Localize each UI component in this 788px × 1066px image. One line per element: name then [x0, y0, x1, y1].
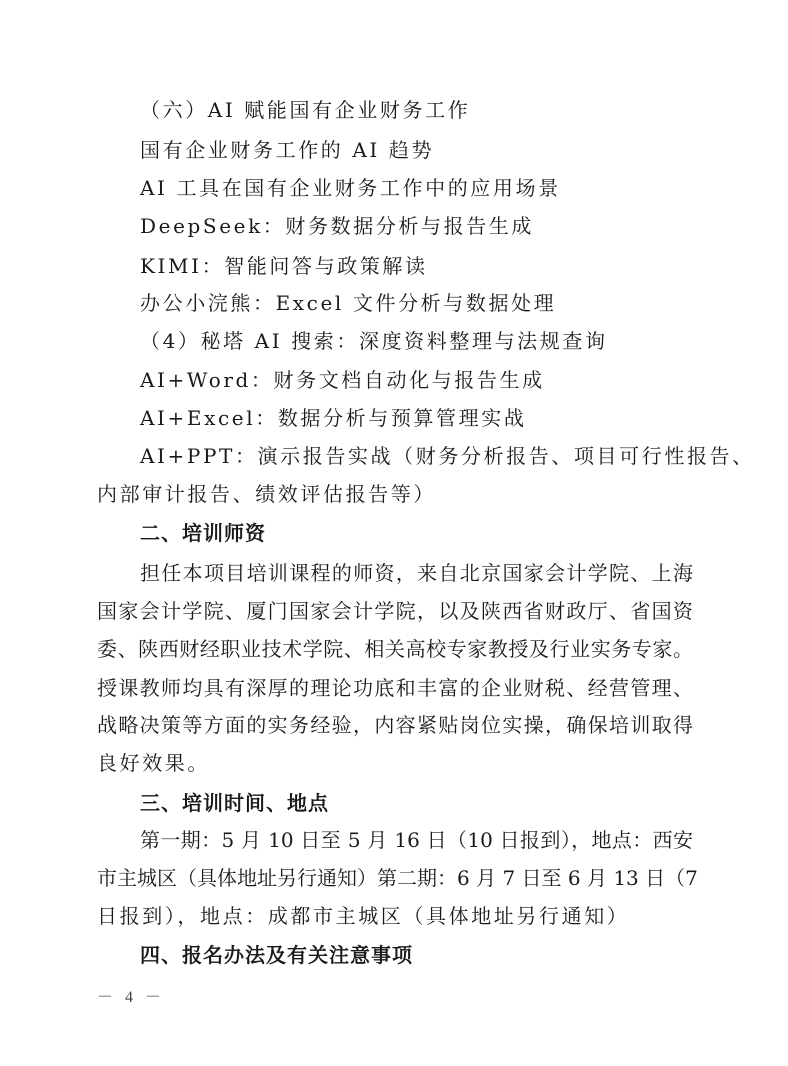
- paragraph-schedule-line-2: 市主城区（具体地址另行通知）第二期：6 月 7 日至 6 月 13 日（7: [97, 859, 693, 897]
- paragraph-instructors-line-2: 国家会计学院、厦门国家会计学院，以及陕西省财政厅、省国资: [97, 592, 693, 630]
- paragraph-instructors-line-4: 授课教师均具有深厚的理论功底和丰富的企业财税、经营管理、: [97, 669, 693, 707]
- list-item-raccoon: 办公小浣熊：Excel 文件分析与数据处理: [140, 284, 736, 322]
- heading-instructors: 二、培训师资: [140, 514, 736, 552]
- subheading-ai-finance: （六）AI 赋能国有企业财务工作: [140, 91, 736, 129]
- heading-time-location: 三、培训时间、地点: [140, 784, 736, 822]
- paragraph-schedule-line-3: 日报到），地点：成都市主城区（具体地址另行通知）: [97, 897, 693, 935]
- page-number: － 4 －: [97, 984, 165, 1007]
- paragraph-instructors-line-1: 担任本项目培训课程的师资，来自北京国家会计学院、上海: [140, 554, 693, 592]
- list-item-kimi: KIMI：智能问答与政策解读: [140, 247, 736, 285]
- paragraph-instructors-line-3: 委、陕西财经职业技术学院、相关高校专家教授及行业实务专家。: [97, 630, 693, 668]
- paragraph-schedule-line-1: 第一期：5 月 10 日至 5 月 16 日（10 日报到），地点：西安: [140, 821, 693, 859]
- list-item-ai-trend: 国有企业财务工作的 AI 趋势: [140, 131, 736, 169]
- paragraph-instructors-line-5: 战略决策等方面的实务经验，内容紧贴岗位实操，确保培训取得: [97, 706, 693, 744]
- paragraph-instructors-line-6: 良好效果。: [97, 744, 693, 782]
- document-page: （六）AI 赋能国有企业财务工作 国有企业财务工作的 AI 趋势 AI 工具在国…: [0, 0, 788, 1066]
- list-item-ai-ppt: AI+PPT：演示报告实战（财务分析报告、项目可行性报告、: [140, 437, 736, 475]
- heading-registration: 四、报名办法及有关注意事项: [140, 936, 736, 974]
- list-item-ai-excel: AI+Excel：数据分析与预算管理实战: [140, 399, 736, 437]
- list-item-metaso: （4）秘塔 AI 搜索：深度资料整理与法规查询: [140, 322, 736, 360]
- list-item-ai-ppt-continuation: 内部审计报告、绩效评估报告等）: [97, 475, 693, 513]
- list-item-ai-word: AI+Word：财务文档自动化与报告生成: [140, 361, 736, 399]
- list-item-ai-scenarios: AI 工具在国有企业财务工作中的应用场景: [140, 169, 736, 207]
- list-item-deepseek: DeepSeek：财务数据分析与报告生成: [140, 207, 736, 245]
